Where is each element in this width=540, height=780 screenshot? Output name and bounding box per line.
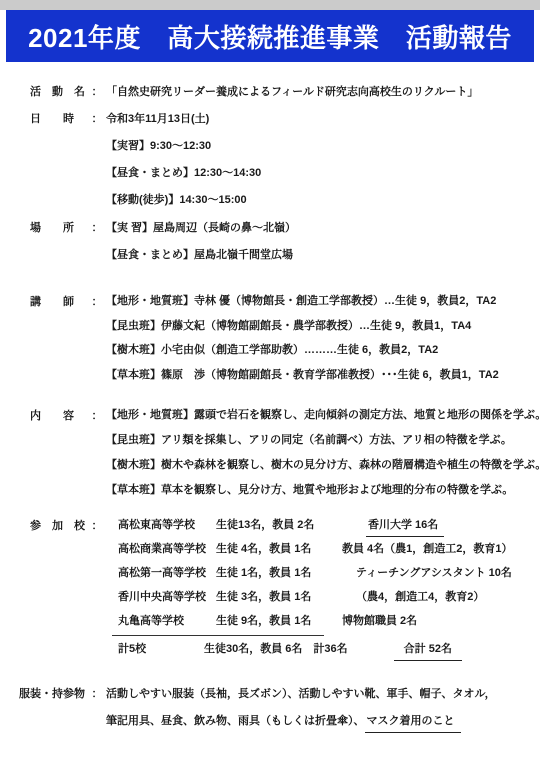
content-insect: 【昆虫班】アリ類を採集し、アリの同定（名前調べ）方法、アリ相の特徴を学ぶ。 xyxy=(106,428,532,453)
content-geology: 【地形・地質班】露頭で岩石を観察し、走向傾斜の測定方法、地質と地形の関係を学ぶ。 xyxy=(106,403,532,428)
document-body: 活 動 名 ： 「自然史研究リーダー養成によるフィールド研究志向高校生のリクルー… xyxy=(0,79,540,735)
lecturers-label: 講 師 xyxy=(30,289,88,316)
colon-separator: ： xyxy=(88,403,106,430)
section-place: 場 所 ： 【実 習】屋島周辺（長崎の鼻～北嶺） 【昼食・まとめ】屋島北嶺千間堂… xyxy=(30,215,532,269)
colon-separator: ： xyxy=(88,289,106,316)
section-activity-name: 活 動 名 ： 「自然史研究リーダー養成によるフィールド研究志向高校生のリクルー… xyxy=(30,79,532,106)
school-name: 高松東高等学校 xyxy=(106,513,216,537)
school-name: 高松第一高等学校 xyxy=(106,561,216,585)
university-ta: ティーチングアシスタント 10名 xyxy=(336,561,532,585)
participants-row: 香川中央高等学校 生徒 3名，教員 1名 （農4，創造工4，教育2） xyxy=(106,585,532,609)
school-name: 高松商業高等学校 xyxy=(106,537,216,561)
page-title-banner: 2021年度 高大接続推進事業 活動報告 xyxy=(6,10,534,62)
belongings-label: 服装・持参物 xyxy=(19,681,88,708)
belongings-line1: 活動しやすい服装（長袖，長ズボン）、活動しやすい靴、軍手、帽子、タオル， xyxy=(106,681,532,708)
participants-row: 高松東高等学校 生徒13名，教員 2名 香川大学 16名 xyxy=(106,513,532,537)
university-staff: 教員 4名（農1，創造工2，教育1） xyxy=(336,537,532,561)
lecturer-insect: 【昆虫班】伊藤文紀（博物館副館長・農学部教授）…生徒 9，教員1，TA4 xyxy=(106,314,532,339)
participants-total-row: 計5校 生徒30名，教員 6名 計36名 合計 52名 xyxy=(106,637,532,661)
datetime-lunch: 【昼食・まとめ】12:30～14:30 xyxy=(106,160,532,187)
school-count: 生徒 1名，教員 1名 xyxy=(216,561,336,585)
grand-total: 合計 52名 xyxy=(394,639,462,661)
place-practice: 【実 習】屋島周辺（長崎の鼻～北嶺） xyxy=(106,215,532,242)
university-ta-breakdown: （農4，創造工4，教育2） xyxy=(336,585,532,609)
school-count: 生徒 4名，教員 1名 xyxy=(216,537,336,561)
lecturer-geology: 【地形・地質班】寺林 優（博物館長・創造工学部教授）…生徒 9，教員2，TA2 xyxy=(106,289,532,314)
colon-separator: ： xyxy=(88,215,106,242)
school-name: 香川中央高等学校 xyxy=(106,585,216,609)
section-lecturers: 講 師 ： 【地形・地質班】寺林 優（博物館長・創造工学部教授）…生徒 9，教員… xyxy=(30,289,532,387)
place-label: 場 所 xyxy=(30,215,88,242)
schools-total-count: 生徒30名，教員 6名 計36名 xyxy=(204,637,348,661)
section-participants: 参 加 校 ： 高松東高等学校 生徒13名，教員 2名 香川大学 16名 高松商… xyxy=(30,513,532,661)
place-lunch: 【昼食・まとめ】屋島北嶺千間堂広場 xyxy=(106,242,532,269)
section-belongings: 服装・持参物 ： 活動しやすい服装（長袖，長ズボン）、活動しやすい靴、軍手、帽子… xyxy=(30,681,532,735)
contents-label: 内 容 xyxy=(30,403,88,430)
school-count: 生徒13名，教員 2名 xyxy=(216,513,336,537)
colon-separator: ： xyxy=(88,79,106,106)
datetime-move: 【移動(徒歩)】14:30～15:00 xyxy=(106,187,532,214)
participants-label: 参 加 校 xyxy=(30,513,88,540)
datetime-label: 日 時 xyxy=(30,106,88,133)
mask-notice: マスク着用のこと xyxy=(365,711,461,733)
university-header: 香川大学 16名 xyxy=(366,515,444,537)
colon-separator: ： xyxy=(88,681,106,708)
participants-row: 高松第一高等学校 生徒 1名，教員 1名 ティーチングアシスタント 10名 xyxy=(106,561,532,585)
participants-row: 丸亀高等学校 生徒 9名，教員 1名 博物館職員 2名 xyxy=(106,609,532,633)
datetime-date: 令和3年11月13日(土) xyxy=(106,106,532,133)
museum-staff: 博物館職員 2名 xyxy=(336,609,532,633)
participants-row: 高松商業高等学校 生徒 4名，教員 1名 教員 4名（農1，創造工2，教育1） xyxy=(106,537,532,561)
lecturer-tree: 【樹木班】小宅由似（創造工学部助教）………生徒 6，教員2，TA2 xyxy=(106,338,532,363)
section-contents: 内 容 ： 【地形・地質班】露頭で岩石を観察し、走向傾斜の測定方法、地質と地形の… xyxy=(30,403,532,503)
belongings-line2-text: 筆記用具、昼食、飲み物、雨具（もしくは折畳傘）、 xyxy=(106,715,365,727)
content-tree: 【樹木班】樹木や森林を観察し、樹木の見分け方、森林の階層構造や植生の特徴を学ぶ。 xyxy=(106,453,532,478)
section-datetime: 日 時 ： 令和3年11月13日(土) 【実習】9:30～12:30 【昼食・ま… xyxy=(30,106,532,214)
colon-separator: ： xyxy=(88,106,106,133)
content-herb: 【草本班】草本を観察し、見分け方、地質や地形および地理的分布の特徴を学ぶ。 xyxy=(106,478,532,503)
belongings-line2: 筆記用具、昼食、飲み物、雨具（もしくは折畳傘）、マスク着用のこと xyxy=(106,708,532,735)
page-title: 2021年度 高大接続推進事業 活動報告 xyxy=(28,18,512,55)
colon-separator: ： xyxy=(88,513,106,540)
schools-total: 計5校 xyxy=(106,637,204,661)
lecturer-herb: 【草本班】篠原 渉（博物館副館長・教育学部准教授）･･･生徒 6，教員1，TA2 xyxy=(106,363,532,388)
activity-name-value: 「自然史研究リーダー養成によるフィールド研究志向高校生のリクルート」 xyxy=(106,79,532,106)
school-name: 丸亀高等学校 xyxy=(106,609,216,633)
school-count: 生徒 9名，教員 1名 xyxy=(216,609,336,633)
subtotal-divider xyxy=(112,635,324,636)
datetime-practice: 【実習】9:30～12:30 xyxy=(106,133,532,160)
window-background-strip xyxy=(0,0,540,10)
school-count: 生徒 3名，教員 1名 xyxy=(216,585,336,609)
activity-name-label: 活 動 名 xyxy=(30,79,88,106)
